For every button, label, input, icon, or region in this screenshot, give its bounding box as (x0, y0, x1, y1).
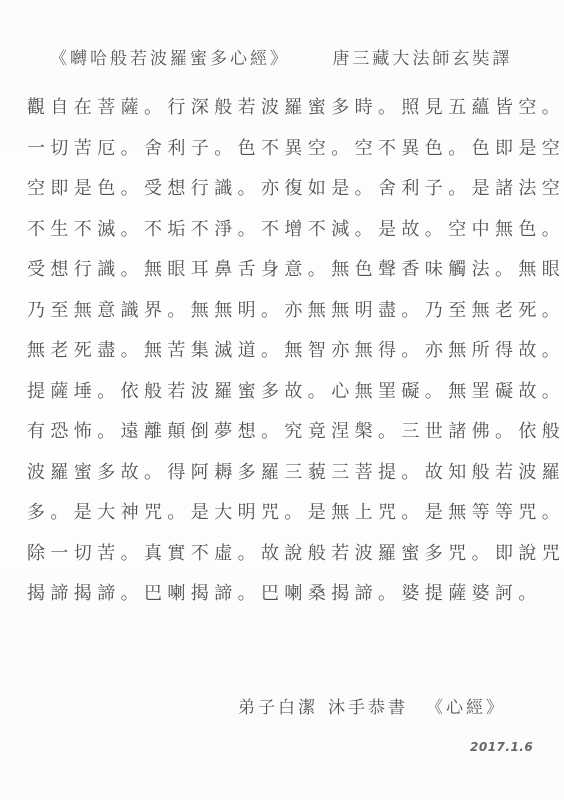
text-line: 除一切苦。真實不虛。故說般若波羅蜜多咒。即說咒曰： (27, 534, 557, 575)
date-label: 2017.1.6 (470, 740, 533, 754)
text-line: 波羅蜜多故。得阿耨多羅三藐三菩提。故知般若波羅蜜 (27, 453, 557, 494)
text-line: 空即是色。受想行識。亦復如是。舍利子。是諸法空相。 (27, 169, 557, 210)
text-line: 不生不滅。不垢不淨。不增不減。是故。空中無色。無 (27, 210, 557, 251)
scanned-page: 《嚩哈般若波羅蜜多心經》 唐三藏大法師玄奘譯 觀自在菩薩。行深般若波羅蜜多時。照… (0, 0, 564, 800)
text-line: 觀自在菩薩。行深般若波羅蜜多時。照見五蘊皆空。度 (27, 88, 557, 129)
signature-action: 沐手恭書 (328, 698, 408, 718)
title-line: 《嚩哈般若波羅蜜多心經》 唐三藏大法師玄奘譯 (50, 44, 550, 69)
text-line: 受想行識。無眼耳鼻舌身意。無色聲香味觸法。無眼界 (27, 250, 557, 291)
signature: 弟子白潔沐手恭書《心經》 (238, 693, 506, 718)
text-line: 提薩埵。依般若波羅蜜多故。心無罣礙。無罣礙故。無 (27, 372, 557, 413)
sutra-body: 觀自在菩薩。行深般若波羅蜜多時。照見五蘊皆空。度 一切苦厄。舍利子。色不異空。空… (27, 88, 557, 615)
text-line: 多。是大神咒。是大明咒。是無上咒。是無等等咒。能 (27, 493, 557, 534)
text-line: 一切苦厄。舍利子。色不異空。空不異色。色即是空。 (27, 129, 557, 170)
signature-disciple: 弟子白潔 (238, 698, 318, 718)
text-line: 揭諦揭諦。巴喇揭諦。巴喇桑揭諦。婆提薩婆訶。 (27, 574, 557, 615)
sutra-title: 《嚩哈般若波羅蜜多心經》 (50, 44, 290, 69)
signature-work: 《心經》 (426, 698, 506, 718)
text-line: 乃至無意識界。無無明。亦無無明盡。乃至無老死。亦 (27, 291, 557, 332)
translator-credit: 唐三藏大法師玄奘譯 (332, 44, 512, 69)
text-line: 無老死盡。無苦集滅道。無智亦無得。亦無所得故。菩 (27, 331, 557, 372)
text-line: 有恐怖。遠離顛倒夢想。究竟涅槃。三世諸佛。依般若 (27, 412, 557, 453)
